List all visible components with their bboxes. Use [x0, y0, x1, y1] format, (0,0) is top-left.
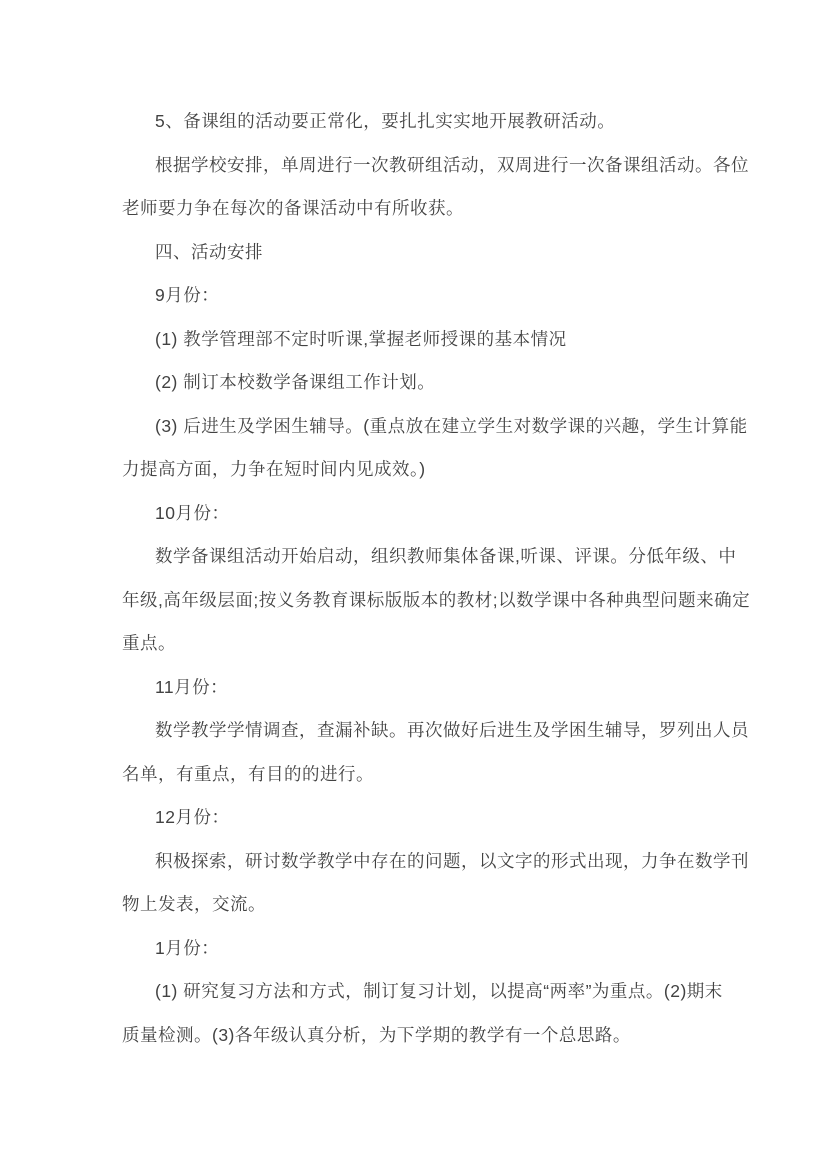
text-line: (2) 制订本校数学备课组工作计划。 — [122, 361, 705, 405]
month-heading: 11月份： — [122, 666, 705, 710]
text-line: 重点。 — [122, 622, 705, 666]
month-heading: 10月份： — [122, 492, 705, 536]
text-line: (3) 后进生及学困生辅导。(重点放在建立学生对数学课的兴趣，学生计算能 — [122, 405, 705, 449]
section-heading: 四、活动安排 — [122, 231, 705, 275]
text-line: 名单，有重点，有目的的进行。 — [122, 753, 705, 797]
text-line: (1) 教学管理部不定时听课,掌握老师授课的基本情况 — [122, 318, 705, 362]
month-heading: 1月份： — [122, 927, 705, 971]
text-line: 根据学校安排，单周进行一次教研组活动，双周进行一次备课组活动。各位 — [122, 144, 705, 188]
month-heading: 12月份： — [122, 796, 705, 840]
month-heading: 9月份： — [122, 274, 705, 318]
text-line: (1) 研究复习方法和方式，制订复习计划，以提高“两率”为重点。(2)期末 — [122, 970, 705, 1014]
text-line: 5、备课组的活动要正常化，要扎扎实实地开展教研活动。 — [122, 100, 705, 144]
text-line: 年级,高年级层面;按义务教育课标版版本的教材;以数学课中各种典型问题来确定 — [122, 579, 705, 623]
document-page: 5、备课组的活动要正常化，要扎扎实实地开展教研活动。 根据学校安排，单周进行一次… — [0, 0, 827, 1170]
text-line: 积极探索，研讨数学教学中存在的问题，以文字的形式出现，力争在数学刊 — [122, 840, 705, 884]
text-line: 数学教学学情调查，查漏补缺。再次做好后进生及学困生辅导，罗列出人员 — [122, 709, 705, 753]
text-line: 老师要力争在每次的备课活动中有所收获。 — [122, 187, 705, 231]
text-line: 数学备课组活动开始启动，组织教师集体备课,听课、评课。分低年级、中 — [122, 535, 705, 579]
text-line: 力提高方面，力争在短时间内见成效。) — [122, 448, 705, 492]
text-line: 物上发表，交流。 — [122, 883, 705, 927]
text-line: 质量检测。(3)各年级认真分析，为下学期的教学有一个总思路。 — [122, 1014, 705, 1058]
